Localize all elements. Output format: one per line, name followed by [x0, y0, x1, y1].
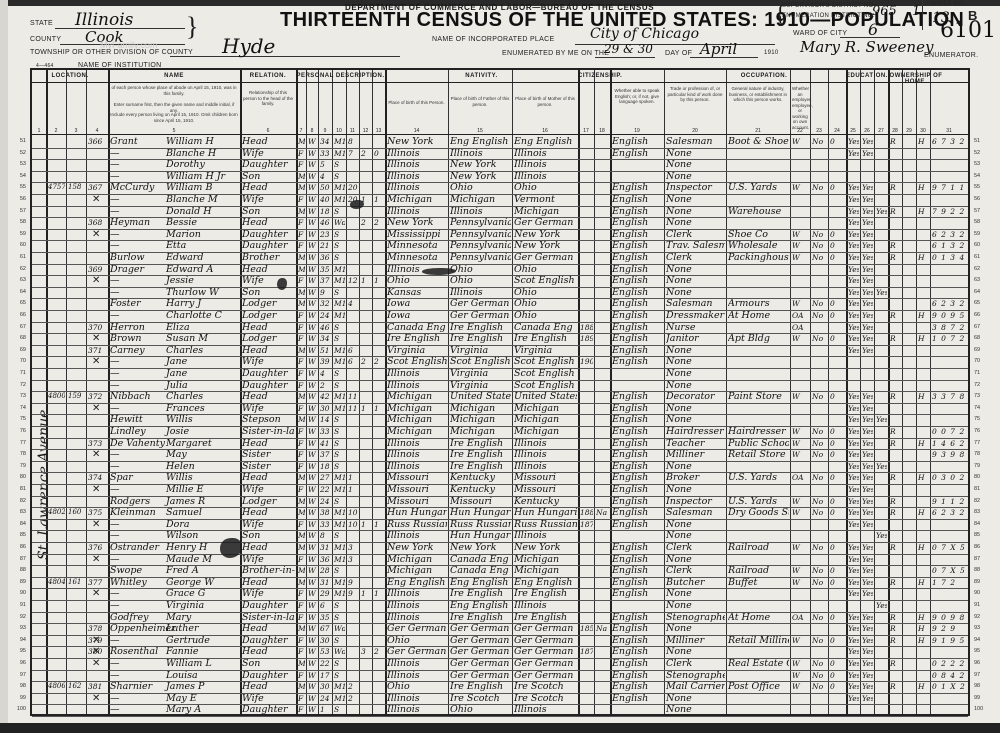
- cell-imm: 1906: [580, 356, 593, 367]
- line-number: 61: [8, 254, 26, 260]
- cell-name: De VahentyMargaret: [110, 438, 238, 449]
- cell-relation: Daughter: [242, 229, 295, 240]
- line-number-right: 95: [974, 648, 992, 654]
- cell-race: W: [308, 449, 317, 460]
- incorporated-label: NAME OF INCORPORATED PLACE: [432, 36, 554, 43]
- cell-lang: English: [612, 496, 663, 507]
- cell-name: —Dorothy: [110, 159, 238, 170]
- cell-imm: 1870: [580, 519, 593, 530]
- column-group-personal: PERSONAL DESCRIPTION.: [296, 73, 385, 79]
- line-number: 64: [8, 289, 26, 295]
- line-number: 53: [8, 161, 26, 167]
- cell-industry: U.S. Yards: [728, 182, 789, 193]
- cell-bp: Illinois: [387, 670, 447, 681]
- cell-marital: M1: [334, 507, 345, 518]
- line-number-right: 54: [974, 173, 992, 179]
- cell-relation: Head: [242, 322, 295, 333]
- line-number: 69: [8, 347, 26, 353]
- column-header-birth-mother: Place of birth of Mother of this person.: [514, 96, 576, 107]
- cell-trade: None: [666, 194, 725, 205]
- cell-marital: S: [334, 287, 345, 298]
- column-number: 2: [46, 128, 66, 134]
- cell-mbp: Scot English: [514, 368, 577, 379]
- cell-lang: English: [612, 635, 663, 646]
- cell-trade: None: [666, 519, 725, 530]
- surname: —: [110, 693, 166, 704]
- cell-age: 30: [320, 403, 331, 414]
- cell-relation: Head: [242, 623, 295, 634]
- line-number: 74: [8, 405, 26, 411]
- cell-yrs: 7: [348, 148, 358, 159]
- cell-name: —Etta: [110, 240, 238, 251]
- cell-own: R: [890, 310, 901, 321]
- cell-lang: English: [612, 461, 663, 472]
- cell-fbp: Kentucky: [450, 484, 511, 495]
- cell-age: 8: [320, 530, 331, 541]
- cell-read: Yes: [848, 449, 859, 460]
- cell-name: —May: [110, 449, 238, 460]
- cell-lang: English: [612, 345, 663, 356]
- given-name: George W: [166, 577, 214, 588]
- cell-fbp: Pennsylvania: [450, 252, 511, 263]
- cell-age: 31: [320, 577, 331, 588]
- cell-race: W: [308, 310, 317, 321]
- cell-write: Yes: [862, 438, 873, 449]
- surname: Whitley: [110, 577, 166, 588]
- cell-relation: Head: [242, 182, 295, 193]
- cell-sex: F: [298, 484, 305, 495]
- cell-bp: Michigan: [387, 403, 447, 414]
- line-number-right: 73: [974, 393, 992, 399]
- surname: McCurdy: [110, 182, 166, 193]
- cell-mbp: Ger German: [514, 635, 577, 646]
- cell-lang: English: [612, 507, 663, 518]
- cell-emp: W: [792, 565, 809, 576]
- cell-industry: U.S. Yards: [728, 496, 789, 507]
- ink-blot: [220, 538, 242, 558]
- cell-race: W: [308, 345, 317, 356]
- cell-name: GodfreyMary: [110, 612, 238, 623]
- column-number: 13: [372, 128, 385, 134]
- cell-age: 6: [320, 600, 331, 611]
- cell-race: W: [308, 623, 317, 634]
- cell-farm: H: [918, 681, 929, 692]
- cell-born: 1: [361, 588, 371, 599]
- line-number: 99: [8, 695, 26, 701]
- cell-industry: Buffet: [728, 577, 789, 588]
- cell-name: —Julia: [110, 380, 238, 391]
- cell-bp: Illinois: [387, 658, 447, 669]
- cell-family: 373: [88, 438, 107, 449]
- column-group-name: NAME: [108, 73, 240, 79]
- cell-race: W: [308, 368, 317, 379]
- cell-bp: Illinois: [387, 612, 447, 623]
- given-name: James P: [166, 681, 204, 692]
- given-name: William L: [166, 658, 212, 669]
- cell-mbp: Eng English: [514, 577, 577, 588]
- cell-bp: Hun Hungarian: [387, 507, 447, 518]
- given-name: Etta: [166, 240, 186, 251]
- given-name: Grace G: [166, 588, 205, 599]
- cell-read: Yes: [848, 391, 859, 402]
- cell-age: 30: [320, 635, 331, 646]
- cell-own: R: [890, 623, 901, 634]
- cell-relation: Son: [242, 171, 295, 182]
- cell-write: Yes: [862, 333, 873, 344]
- cell-bp: Missouri: [387, 484, 447, 495]
- cell-wks: 0: [830, 438, 845, 449]
- cell-bp: Minnesota: [387, 252, 447, 263]
- cell-relation: Daughter: [242, 600, 295, 611]
- cell-mbp: Illinois: [514, 148, 577, 159]
- cell-mbp: Ire Scotch: [514, 693, 577, 704]
- cell-bp: Illinois: [387, 704, 447, 715]
- cell-marital: Wd: [334, 623, 345, 634]
- cell-marital: M1: [334, 577, 345, 588]
- cell-name: GrantWilliam H: [110, 136, 238, 147]
- cell-read: Yes: [848, 681, 859, 692]
- cell-lang: English: [612, 681, 663, 692]
- given-name: Eliza: [166, 322, 190, 333]
- cell-family: 380: [88, 646, 107, 657]
- cell-read: Yes: [848, 646, 859, 657]
- line-number: 97: [8, 672, 26, 678]
- cell-age: 22: [320, 658, 331, 669]
- cell-fbp: Michigan: [450, 426, 511, 437]
- line-number: 91: [8, 602, 26, 608]
- given-name: Julia: [166, 380, 188, 391]
- cell-read: Yes: [848, 333, 859, 344]
- column-group-occupation: OCCUPATION.: [664, 73, 864, 79]
- cell-imm: 1870: [580, 646, 593, 657]
- cell-bp: Michigan: [387, 391, 447, 402]
- cell-farm: H: [918, 507, 929, 518]
- cell-relation: Daughter: [242, 670, 295, 681]
- cell-sex: F: [298, 322, 305, 333]
- cell-ed: 6 7 3 2: [932, 136, 967, 147]
- cell-write: Yes: [862, 565, 873, 576]
- line-number: 59: [8, 231, 26, 237]
- cell-lang: English: [612, 148, 663, 159]
- cell-own: R: [890, 182, 901, 193]
- cell-wks: 0: [830, 229, 845, 240]
- cell-write: Yes: [862, 240, 873, 251]
- line-number-right: 76: [974, 428, 992, 434]
- cell-relation: Daughter: [242, 159, 295, 170]
- column-header-trade: Trade or profession of, or particular ki…: [666, 86, 724, 103]
- cell-marital: S: [334, 449, 345, 460]
- cell-mbp: Missouri: [514, 472, 577, 483]
- cell-oow: No: [812, 542, 827, 553]
- cell-trade: None: [666, 159, 725, 170]
- column-header-language: Whether able to speak English; or, if no…: [612, 88, 662, 105]
- line-number: 51: [8, 138, 26, 144]
- cell-emp: W: [792, 438, 809, 449]
- cell-mbp: Ohio: [514, 182, 577, 193]
- cell-trade: None: [666, 600, 725, 611]
- cell-sex: F: [298, 670, 305, 681]
- cell-marital: S: [334, 530, 345, 541]
- cell-yrs: 10: [348, 507, 358, 518]
- cell-sex: F: [298, 635, 305, 646]
- given-name: Jane: [166, 368, 187, 379]
- line-number-right: 89: [974, 579, 992, 585]
- column-number: 8: [306, 128, 318, 134]
- cell-fbp: Ger German: [450, 635, 511, 646]
- cell-marital: M1: [334, 136, 345, 147]
- cell-oow: No: [812, 565, 827, 576]
- ward-value: 6: [868, 20, 878, 39]
- cell-write: Yes: [862, 577, 873, 588]
- cell-fbp: Eng English: [450, 600, 511, 611]
- cell-nat: Na: [596, 623, 609, 634]
- line-number: 58: [8, 219, 26, 225]
- cell-ed: 3 8 7 2: [932, 322, 967, 333]
- line-number-right: 56: [974, 196, 992, 202]
- cell-age: 33: [320, 148, 331, 159]
- cell-trade: Teacher: [666, 438, 725, 449]
- cell-marital: M1: [334, 182, 345, 193]
- cell-write: Yes: [862, 322, 873, 333]
- column-number: 3: [66, 128, 86, 134]
- cell-name: CarneyCharles: [110, 345, 238, 356]
- line-number: 90: [8, 590, 26, 596]
- cell-relation: Wife: [242, 403, 295, 414]
- cell-fbp: Ohio: [450, 275, 511, 286]
- cell-race: W: [308, 322, 317, 333]
- cell-bp: Michigan: [387, 414, 447, 425]
- header-brace: }: [186, 14, 198, 40]
- cell-bp: Iowa: [387, 298, 447, 309]
- cell-lang: English: [612, 403, 663, 414]
- column-number: 4: [86, 128, 108, 134]
- x-mark: ✕: [92, 403, 100, 414]
- cell-read: Yes: [848, 565, 859, 576]
- cell-age: 28: [320, 565, 331, 576]
- cell-write: Yes: [862, 310, 873, 321]
- cell-sex: F: [298, 461, 305, 472]
- cell-industry: Paint Store: [728, 391, 789, 402]
- cell-wks: 0: [830, 426, 845, 437]
- cell-emp: W: [792, 658, 809, 669]
- cell-age: 24: [320, 693, 331, 704]
- line-number: 86: [8, 544, 26, 550]
- cell-marital: M1: [334, 310, 345, 321]
- cell-imm: 1857: [580, 623, 593, 634]
- cell-write: Yes: [862, 658, 873, 669]
- cell-sex: M: [298, 182, 305, 193]
- cell-write: Yes: [862, 646, 873, 657]
- cell-industry: Public School: [728, 438, 789, 449]
- cell-age: 41: [320, 438, 331, 449]
- cell-mbp: Scot English: [514, 380, 577, 391]
- cell-relation: Wife: [242, 484, 295, 495]
- cell-name: —Grace G: [110, 588, 238, 599]
- cell-race: W: [308, 670, 317, 681]
- cell-emp: W: [792, 333, 809, 344]
- cell-yrs: 11: [348, 403, 358, 414]
- cell-yrs: 4: [348, 298, 358, 309]
- cell-marital: M1: [334, 345, 345, 356]
- cell-family: 375: [88, 507, 107, 518]
- cell-write: Yes: [862, 148, 873, 159]
- cell-mbp: Michigan: [514, 426, 577, 437]
- cell-marital: M1: [334, 554, 345, 565]
- line-number: 70: [8, 358, 26, 364]
- cell-bp: Ohio: [387, 681, 447, 692]
- line-number: 89: [8, 579, 26, 585]
- cell-lang: English: [612, 391, 663, 402]
- cell-marital: M1: [334, 542, 345, 553]
- cell-relation: Wife: [242, 588, 295, 599]
- cell-trade: Clerk: [666, 565, 725, 576]
- cell-yrs: 9: [348, 588, 358, 599]
- cell-living: 1: [374, 403, 384, 414]
- cell-fbp: Ger German: [450, 658, 511, 669]
- cell-lang: English: [612, 194, 663, 205]
- enumerated-label: ENUMERATED BY ME ON THE: [502, 50, 609, 57]
- cell-name: BurlowEdward: [110, 252, 238, 263]
- cell-school: Yes: [876, 461, 887, 472]
- cell-ed: 0 0 7 2: [932, 426, 967, 437]
- cell-oow: No: [812, 612, 827, 623]
- cell-family: 368: [88, 217, 107, 228]
- cell-own: R: [890, 496, 901, 507]
- cell-trade: Salesman: [666, 136, 725, 147]
- cell-industry: Railroad: [728, 542, 789, 553]
- x-mark: ✕: [92, 519, 100, 530]
- cell-living: 1: [374, 275, 384, 286]
- cell-oow: No: [812, 229, 827, 240]
- cell-relation: Daughter: [242, 368, 295, 379]
- cell-marital: S: [334, 171, 345, 182]
- cell-name: —Louisa: [110, 670, 238, 681]
- cell-age: 37: [320, 449, 331, 460]
- cell-name: HewittWillis: [110, 414, 238, 425]
- column-number: 22: [790, 128, 810, 134]
- cell-mbp: Virginia: [514, 345, 577, 356]
- cell-relation: Head: [242, 345, 295, 356]
- cell-read: Yes: [848, 438, 859, 449]
- cell-read: Yes: [848, 206, 859, 217]
- cell-mbp: Scot English: [514, 275, 577, 286]
- cell-marital: S: [334, 670, 345, 681]
- cell-bp: Minnesota: [387, 240, 447, 251]
- cell-industry: Wholesale: [728, 240, 789, 251]
- cell-industry: U.S. Yards: [728, 472, 789, 483]
- surname: Swope: [110, 565, 166, 576]
- cell-fbp: Kentucky: [450, 472, 511, 483]
- cell-trade: Clerk: [666, 658, 725, 669]
- cell-race: W: [308, 275, 317, 286]
- cell-race: W: [308, 287, 317, 298]
- line-number-right: 58: [974, 219, 992, 225]
- cell-yrs: 3: [348, 554, 358, 565]
- surname: —: [110, 287, 166, 298]
- given-name: Marion: [166, 229, 201, 240]
- cell-emp: W: [792, 298, 809, 309]
- header-divider: [32, 82, 968, 83]
- given-name: James R: [166, 496, 205, 507]
- cell-mbp: Ire English: [514, 612, 577, 623]
- cell-age: 18: [320, 206, 331, 217]
- cell-relation: Wife: [242, 194, 295, 205]
- cell-industry: Railroad: [728, 565, 789, 576]
- line-number: 75: [8, 416, 26, 422]
- cell-race: W: [308, 577, 317, 588]
- cell-ed: 9 1 1 2: [932, 496, 967, 507]
- given-name: Fannie: [166, 646, 199, 657]
- line-number: 65: [8, 300, 26, 306]
- cell-fbp: Scot English: [450, 356, 511, 367]
- cell-marital: S: [334, 612, 345, 623]
- surname: —: [110, 635, 166, 646]
- cell-born: 1: [361, 519, 371, 530]
- given-name: Charles: [166, 345, 203, 356]
- line-number: 82: [8, 498, 26, 504]
- cell-relation: Lodger: [242, 333, 295, 344]
- cell-age: 9: [320, 287, 331, 298]
- cell-own: R: [890, 507, 901, 518]
- cell-school: Yes: [876, 600, 887, 611]
- cell-lang: English: [612, 565, 663, 576]
- cell-bp: Iowa: [387, 310, 447, 321]
- line-number-right: 65: [974, 300, 992, 306]
- line-number-right: 78: [974, 451, 992, 457]
- cell-ed: 9 7 1 1: [932, 182, 967, 193]
- cell-mbp: Ire English: [514, 333, 577, 344]
- cell-own: R: [890, 136, 901, 147]
- cell-farm: H: [918, 577, 929, 588]
- cell-trade: Janitor: [666, 333, 725, 344]
- column-number: 18: [594, 128, 610, 134]
- cell-fbp: Ger German: [450, 670, 511, 681]
- x-mark: ✕: [92, 356, 100, 367]
- line-number-right: 52: [974, 150, 992, 156]
- cell-race: W: [308, 693, 317, 704]
- column-number: 21: [726, 128, 790, 134]
- given-name: Willis: [166, 414, 193, 425]
- cell-name: —Marion: [110, 229, 238, 240]
- cell-farm: H: [918, 623, 929, 634]
- cell-oow: No: [812, 507, 827, 518]
- cell-oow: No: [812, 635, 827, 646]
- x-mark: ✕: [92, 275, 100, 286]
- cell-family: 374: [88, 472, 107, 483]
- given-name: Harry J: [166, 298, 201, 309]
- cell-name: FosterHarry J: [110, 298, 238, 309]
- cell-mbp: Ger German: [514, 217, 577, 228]
- cell-oow: No: [812, 496, 827, 507]
- cell-name: —Mary A: [110, 704, 238, 715]
- cell-name: SharnierJames P: [110, 681, 238, 692]
- x-mark: ✕: [92, 693, 100, 704]
- cell-living: 2: [374, 217, 384, 228]
- cell-fbp: Ohio: [450, 704, 511, 715]
- cell-read: Yes: [848, 635, 859, 646]
- cell-wks: 0: [830, 635, 845, 646]
- x-mark: ✕: [92, 554, 100, 565]
- cell-fbp: Pennsylvania: [450, 240, 511, 251]
- cell-relation: Son: [242, 658, 295, 669]
- cell-ed: 6 2 3 2: [932, 507, 967, 518]
- cell-marital: S: [334, 461, 345, 472]
- cell-age: 18: [320, 461, 331, 472]
- cell-emp: W: [792, 229, 809, 240]
- line-number: 52: [8, 150, 26, 156]
- surname: —: [110, 171, 166, 182]
- cell-own: R: [890, 612, 901, 623]
